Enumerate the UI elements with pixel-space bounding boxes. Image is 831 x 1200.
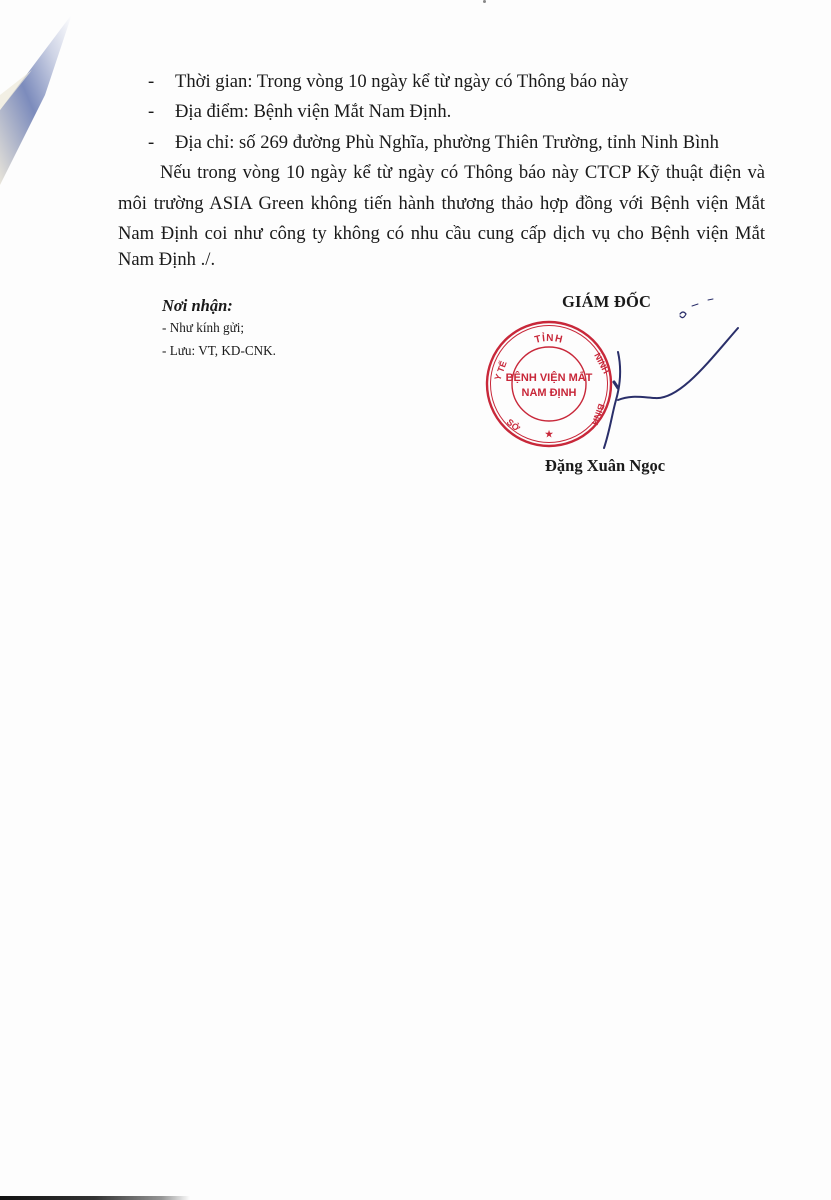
stamp-star-icon: ★ [545,429,554,439]
bullet-marker: - [148,71,154,93]
paragraph-line: Nam Định ./. [118,249,215,271]
bullet-marker: - [148,101,154,123]
bullet-location: Địa điểm: Bệnh viện Mắt Nam Định. [175,101,451,123]
paragraph-line: Nam Định coi như công ty không có nhu cầ… [118,223,765,245]
paragraph-line: Nếu trong vòng 10 ngày kể từ ngày có Thô… [160,162,765,184]
bullet-address: Địa chỉ: số 269 đường Phù Nghĩa, phường … [175,132,719,154]
document-page: - Thời gian: Trong vòng 10 ngày kể từ ng… [0,0,831,1200]
bullet-marker: - [148,132,154,154]
scan-mark [483,0,486,3]
signer-name: Đặng Xuân Ngọc [545,456,665,476]
recipients-title: Nơi nhận: [162,296,233,316]
handwritten-signature [560,290,760,470]
recipient-item: - Như kính gửi; [162,320,244,336]
paragraph-line: môi trường ASIA Green không tiến hành th… [118,193,765,215]
scan-bottom-edge [0,1196,190,1200]
recipient-item: - Lưu: VT, KD-CNK. [162,343,276,359]
bullet-time: Thời gian: Trong vòng 10 ngày kể từ ngày… [175,71,628,93]
page-corner-fold [0,0,90,200]
